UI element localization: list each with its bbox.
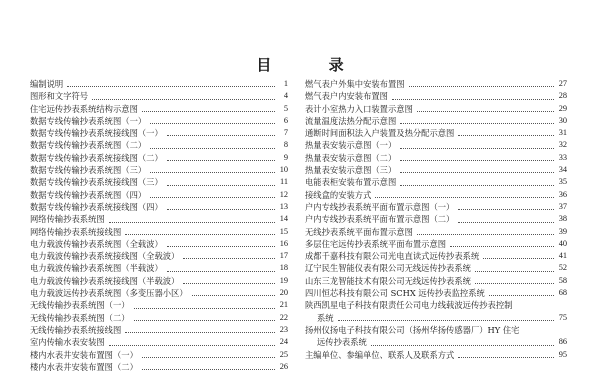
dot-leader <box>371 345 554 346</box>
toc-entry-page: 38 <box>554 213 567 225</box>
toc-entry-label: 成都千嘉科技有限公司光电直读式远传抄表系统 <box>305 250 483 262</box>
dot-leader <box>167 160 275 161</box>
toc-entry-page: 68 <box>554 287 567 299</box>
toc-entry-label: 电力载波传输抄表系统图（半载波） <box>30 262 167 274</box>
toc-entry[interactable]: 数据专线传输抄表系统图（一）6 <box>30 115 288 127</box>
dot-leader <box>192 295 275 296</box>
toc-entry-label: 热量表安装示意图（一） <box>305 139 400 151</box>
toc-entry[interactable]: 扬州仪扬电子科技有限公司（扬州华扬传感器厂）HY 住宅 <box>305 324 567 336</box>
dot-leader <box>109 345 275 346</box>
dot-leader <box>125 234 275 235</box>
toc-entry-page: 28 <box>554 90 567 102</box>
toc-entry-page: 30 <box>554 115 567 127</box>
dot-leader <box>183 258 275 259</box>
toc-entry-page: 58 <box>554 275 567 287</box>
toc-entry-label: 数据专线传输抄表系统接线图（二） <box>30 152 167 164</box>
dot-leader <box>150 172 275 173</box>
toc-entry-page: 18 <box>275 262 288 274</box>
dot-leader <box>150 197 275 198</box>
toc-entry-label: 远传抄表系统 <box>305 336 371 348</box>
toc-entry-page: 26 <box>275 361 288 373</box>
dot-leader <box>134 320 275 321</box>
toc-entry-page: 21 <box>275 299 288 311</box>
toc-entry[interactable]: 网络传输抄表系统图14 <box>30 213 288 225</box>
toc-entry[interactable]: 辽宁民生智能仪表有限公司无线远传抄表系统52 <box>305 262 567 274</box>
toc-entry[interactable]: 数据专线传输抄表系统图（四）12 <box>30 189 288 201</box>
toc-entry-label: 户内专线抄表系统平面布置示意图（二） <box>305 213 458 225</box>
toc-entry-label: 楼内水表井安装布置图（一） <box>30 349 142 361</box>
toc-entry-label: 接线盒的安装方式 <box>305 189 375 201</box>
toc-entry-page: 4 <box>275 90 288 102</box>
dot-leader <box>150 148 275 149</box>
toc-entry[interactable]: 电力载波远传抄表系统图（多变压器小区）20 <box>30 287 288 299</box>
toc-right-column: 燃气表户外集中安装布置图27燃气表户内安装布置图28表计小室热力入口装置示意图2… <box>305 78 567 361</box>
toc-entry-label: 电力载波远传抄表系统图（多变压器小区） <box>30 287 192 299</box>
dot-leader <box>458 135 554 136</box>
toc-entry-page: 95 <box>554 349 567 361</box>
dot-leader <box>134 308 275 309</box>
toc-entry-page: 5 <box>275 103 288 115</box>
toc-entry[interactable]: 系统75 <box>305 312 567 324</box>
toc-entry-label: 燃气表户内安装布置图 <box>305 90 392 102</box>
toc-entry[interactable]: 无线传输抄表系统图（二）22 <box>30 312 288 324</box>
toc-entry-page: 52 <box>554 262 567 274</box>
dot-leader <box>167 271 275 272</box>
toc-entry-label: 数据专线传输抄表系统图（二） <box>30 139 150 151</box>
dot-leader <box>450 246 554 247</box>
toc-entry[interactable]: 电力载波传输抄表系统图（全载波）16 <box>30 238 288 250</box>
toc-entry[interactable]: 流量温度法热分配示意图30 <box>305 115 567 127</box>
toc-entry-label: 网络传输抄表系统图 <box>30 213 109 225</box>
toc-entry-page: 39 <box>554 226 567 238</box>
toc-entry-label: 电力载波传输抄表系统接线图（全载波） <box>30 250 183 262</box>
dot-leader <box>167 185 275 186</box>
toc-entry-page: 12 <box>275 189 288 201</box>
toc-entry[interactable]: 电能表柜安装布置示意图35 <box>305 176 567 188</box>
toc-entry[interactable]: 热量表安装示意图（二）33 <box>305 152 567 164</box>
toc-entry[interactable]: 燃气表户外集中安装布置图27 <box>305 78 567 90</box>
toc-entry-label: 流量温度法热分配示意图 <box>305 115 400 127</box>
dot-leader <box>475 283 554 284</box>
toc-entry[interactable]: 数据专线传输抄表系统接线图（一）7 <box>30 127 288 139</box>
toc-entry-page: 10 <box>275 164 288 176</box>
toc-entry-page: 86 <box>554 336 567 348</box>
toc-entry-label: 数据专线传输抄表系统接线图（一） <box>30 127 167 139</box>
toc-entry-label: 表计小室热力入口装置示意图 <box>305 103 417 115</box>
toc-entry-label: 系统 <box>305 312 338 324</box>
toc-entry-page: 34 <box>554 164 567 176</box>
toc-entry-page: 15 <box>275 226 288 238</box>
dot-leader <box>392 99 554 100</box>
dot-leader <box>458 209 554 210</box>
toc-entry-label: 数据专线传输抄表系统图（一） <box>30 115 150 127</box>
toc-entry-label: 山东三龙智能技术有限公司无线远传抄表系统 <box>305 275 475 287</box>
toc-entry-page: 29 <box>554 103 567 115</box>
dot-leader <box>400 160 554 161</box>
toc-entry[interactable]: 热量表安装示意图（一）32 <box>305 139 567 151</box>
toc-entry-page: 1 <box>275 78 288 90</box>
dot-leader <box>458 357 554 358</box>
toc-entry[interactable]: 热量表安装示意图（三）34 <box>305 164 567 176</box>
toc-entry-page: 41 <box>554 250 567 262</box>
toc-entry-page: 36 <box>554 189 567 201</box>
toc-entry[interactable]: 数据专线传输抄表系统接线图（二）9 <box>30 152 288 164</box>
toc-title: 目 录 <box>0 54 600 75</box>
toc-entry-label: 数据专线传输抄表系统图（三） <box>30 164 150 176</box>
dot-leader <box>183 283 275 284</box>
toc-entry[interactable]: 主编单位、参编单位、联系人及联系方式95 <box>305 349 567 361</box>
toc-entry-label: 住宅远传抄表系统结构示意图 <box>30 103 142 115</box>
toc-entry[interactable]: 四川恒芯科技有限公司 SCHX 远传抄表监控系统68 <box>305 287 567 299</box>
toc-entry[interactable]: 通断时间面积法入户装置及热分配示意图31 <box>305 127 567 139</box>
toc-entry-label: 室内传输水表安装图 <box>30 336 109 348</box>
toc-entry-label: 无线传输抄表系统接线图 <box>30 324 125 336</box>
toc-entry[interactable]: 远传抄表系统86 <box>305 336 567 348</box>
dot-leader <box>125 332 275 333</box>
toc-entry[interactable]: 陕西凯星电子科技有限责任公司电力线载波远传抄表控制 <box>305 299 567 311</box>
toc-entry-label: 无线传输抄表系统图（一） <box>30 299 134 311</box>
toc-entry-page: 14 <box>275 213 288 225</box>
toc-entry-label: 四川恒芯科技有限公司 SCHX 远传抄表监控系统 <box>305 287 489 299</box>
dot-leader <box>338 320 554 321</box>
toc-entry-page: 37 <box>554 201 567 213</box>
dot-leader <box>142 111 275 112</box>
dot-leader <box>417 111 554 112</box>
toc-entry-page: 7 <box>275 127 288 139</box>
toc-entry-page: 24 <box>275 336 288 348</box>
toc-entry-label: 网络传输抄表系统接线图 <box>30 226 125 238</box>
toc-entry-page: 22 <box>275 312 288 324</box>
toc-entry-label: 燃气表户外集中安装布置图 <box>305 78 409 90</box>
toc-entry-label: 无线传输抄表系统图（二） <box>30 312 134 324</box>
toc-entry[interactable]: 多层住宅远传抄表系统平面布置示意图40 <box>305 238 567 250</box>
toc-entry-label: 楼内水表井安装布置图（二） <box>30 361 142 373</box>
toc-entry-label: 主编单位、参编单位、联系人及联系方式 <box>305 349 458 361</box>
toc-entry[interactable]: 无线抄表系统平面布置示意图39 <box>305 226 567 238</box>
toc-entry[interactable]: 楼内水表井安装布置图（一）25 <box>30 349 288 361</box>
toc-entry[interactable]: 室内传输水表安装图24 <box>30 336 288 348</box>
dot-leader <box>400 185 554 186</box>
dot-leader <box>167 209 275 210</box>
dot-leader <box>92 99 275 100</box>
toc-entry-page: 35 <box>554 176 567 188</box>
toc-entry-label: 热量表安装示意图（三） <box>305 164 400 176</box>
dot-leader <box>409 86 554 87</box>
toc-entry-page: 9 <box>275 152 288 164</box>
dot-leader <box>167 246 275 247</box>
toc-entry[interactable]: 无线传输抄表系统图（一）21 <box>30 299 288 311</box>
dot-leader <box>150 123 275 124</box>
dot-leader <box>400 148 554 149</box>
dot-leader <box>417 234 554 235</box>
toc-entry[interactable]: 接线盒的安装方式36 <box>305 189 567 201</box>
toc-entry-label: 户内专线抄表系统平面布置示意图（一） <box>305 201 458 213</box>
toc-entry-page: 11 <box>275 176 288 188</box>
toc-entry-page: 33 <box>554 152 567 164</box>
toc-entry-page: 20 <box>275 287 288 299</box>
toc-entry[interactable]: 户内专线抄表系统平面布置示意图（一）37 <box>305 201 567 213</box>
dot-leader <box>109 222 275 223</box>
toc-entry[interactable]: 数据专线传输抄表系统图（三）10 <box>30 164 288 176</box>
toc-entry-label: 编制说明 <box>30 78 67 90</box>
toc-entry-page: 31 <box>554 127 567 139</box>
toc-entry-page: 19 <box>275 275 288 287</box>
toc-entry-label: 辽宁民生智能仪表有限公司无线远传抄表系统 <box>305 262 475 274</box>
toc-entry[interactable]: 数据专线传输抄表系统接线图（四）13 <box>30 201 288 213</box>
dot-leader <box>400 172 554 173</box>
toc-entry[interactable]: 编制说明1 <box>30 78 288 90</box>
dot-leader <box>167 135 275 136</box>
toc-entry[interactable]: 电力载波传输抄表系统图（半载波）18 <box>30 262 288 274</box>
toc-entry-page: 6 <box>275 115 288 127</box>
toc-entry-page: 17 <box>275 250 288 262</box>
toc-entry-label: 图形和文字符号 <box>30 90 92 102</box>
dot-leader <box>67 86 275 87</box>
toc-entry[interactable]: 燃气表户内安装布置图28 <box>305 90 567 102</box>
dot-leader <box>458 222 554 223</box>
toc-entry[interactable]: 户内专线抄表系统平面布置示意图（二）38 <box>305 213 567 225</box>
toc-entry-page: 16 <box>275 238 288 250</box>
toc-entry-label: 电力载波传输抄表系统图（全载波） <box>30 238 167 250</box>
toc-entry-label: 陕西凯星电子科技有限责任公司电力线载波远传抄表控制 <box>305 300 516 310</box>
toc-entry-label: 热量表安装示意图（二） <box>305 152 400 164</box>
dot-leader <box>400 123 554 124</box>
toc-entry[interactable]: 电力载波传输抄表系统接线图（半载波）19 <box>30 275 288 287</box>
toc-entry-label: 通断时间面积法入户装置及热分配示意图 <box>305 127 458 139</box>
dot-leader <box>375 197 554 198</box>
toc-entry-label: 电能表柜安装布置示意图 <box>305 176 400 188</box>
toc-entry[interactable]: 图形和文字符号4 <box>30 90 288 102</box>
toc-entry-label: 数据专线传输抄表系统接线图（四） <box>30 201 167 213</box>
toc-entry-page: 25 <box>275 349 288 361</box>
dot-leader <box>483 258 554 259</box>
toc-entry[interactable]: 表计小室热力入口装置示意图29 <box>305 103 567 115</box>
dot-leader <box>475 271 554 272</box>
toc-entry-label: 数据专线传输抄表系统图（四） <box>30 189 150 201</box>
toc-left-column: 编制说明1图形和文字符号4住宅远传抄表系统结构示意图5数据专线传输抄表系统图（一… <box>30 78 288 373</box>
toc-entry-page: 75 <box>554 312 567 324</box>
toc-entry[interactable]: 住宅远传抄表系统结构示意图5 <box>30 103 288 115</box>
toc-entry-page: 8 <box>275 139 288 151</box>
dot-leader <box>489 295 554 296</box>
toc-entry-label: 无线抄表系统平面布置示意图 <box>305 226 417 238</box>
toc-entry[interactable]: 数据专线传输抄表系统接线图（三）11 <box>30 176 288 188</box>
dot-leader <box>142 369 275 370</box>
toc-entry-label: 扬州仪扬电子科技有限公司（扬州华扬传感器厂）HY 住宅 <box>305 325 523 335</box>
toc-entry-label: 数据专线传输抄表系统接线图（三） <box>30 176 167 188</box>
toc-entry[interactable]: 电力载波传输抄表系统接线图（全载波）17 <box>30 250 288 262</box>
toc-entry-page: 27 <box>554 78 567 90</box>
toc-entry[interactable]: 数据专线传输抄表系统图（二）8 <box>30 139 288 151</box>
toc-entry[interactable]: 楼内水表井安装布置图（二）26 <box>30 361 288 373</box>
toc-entry-label: 电力载波传输抄表系统接线图（半载波） <box>30 275 183 287</box>
toc-entry-page: 32 <box>554 139 567 151</box>
toc-entry[interactable]: 成都千嘉科技有限公司光电直读式远传抄表系统41 <box>305 250 567 262</box>
toc-entry-page: 23 <box>275 324 288 336</box>
toc-entry[interactable]: 网络传输抄表系统接线图15 <box>30 226 288 238</box>
toc-entry-page: 40 <box>554 238 567 250</box>
toc-entry[interactable]: 山东三龙智能技术有限公司无线远传抄表系统58 <box>305 275 567 287</box>
toc-entry-label: 多层住宅远传抄表系统平面布置示意图 <box>305 238 450 250</box>
toc-entry-page: 13 <box>275 201 288 213</box>
toc-entry[interactable]: 无线传输抄表系统接线图23 <box>30 324 288 336</box>
dot-leader <box>142 357 275 358</box>
